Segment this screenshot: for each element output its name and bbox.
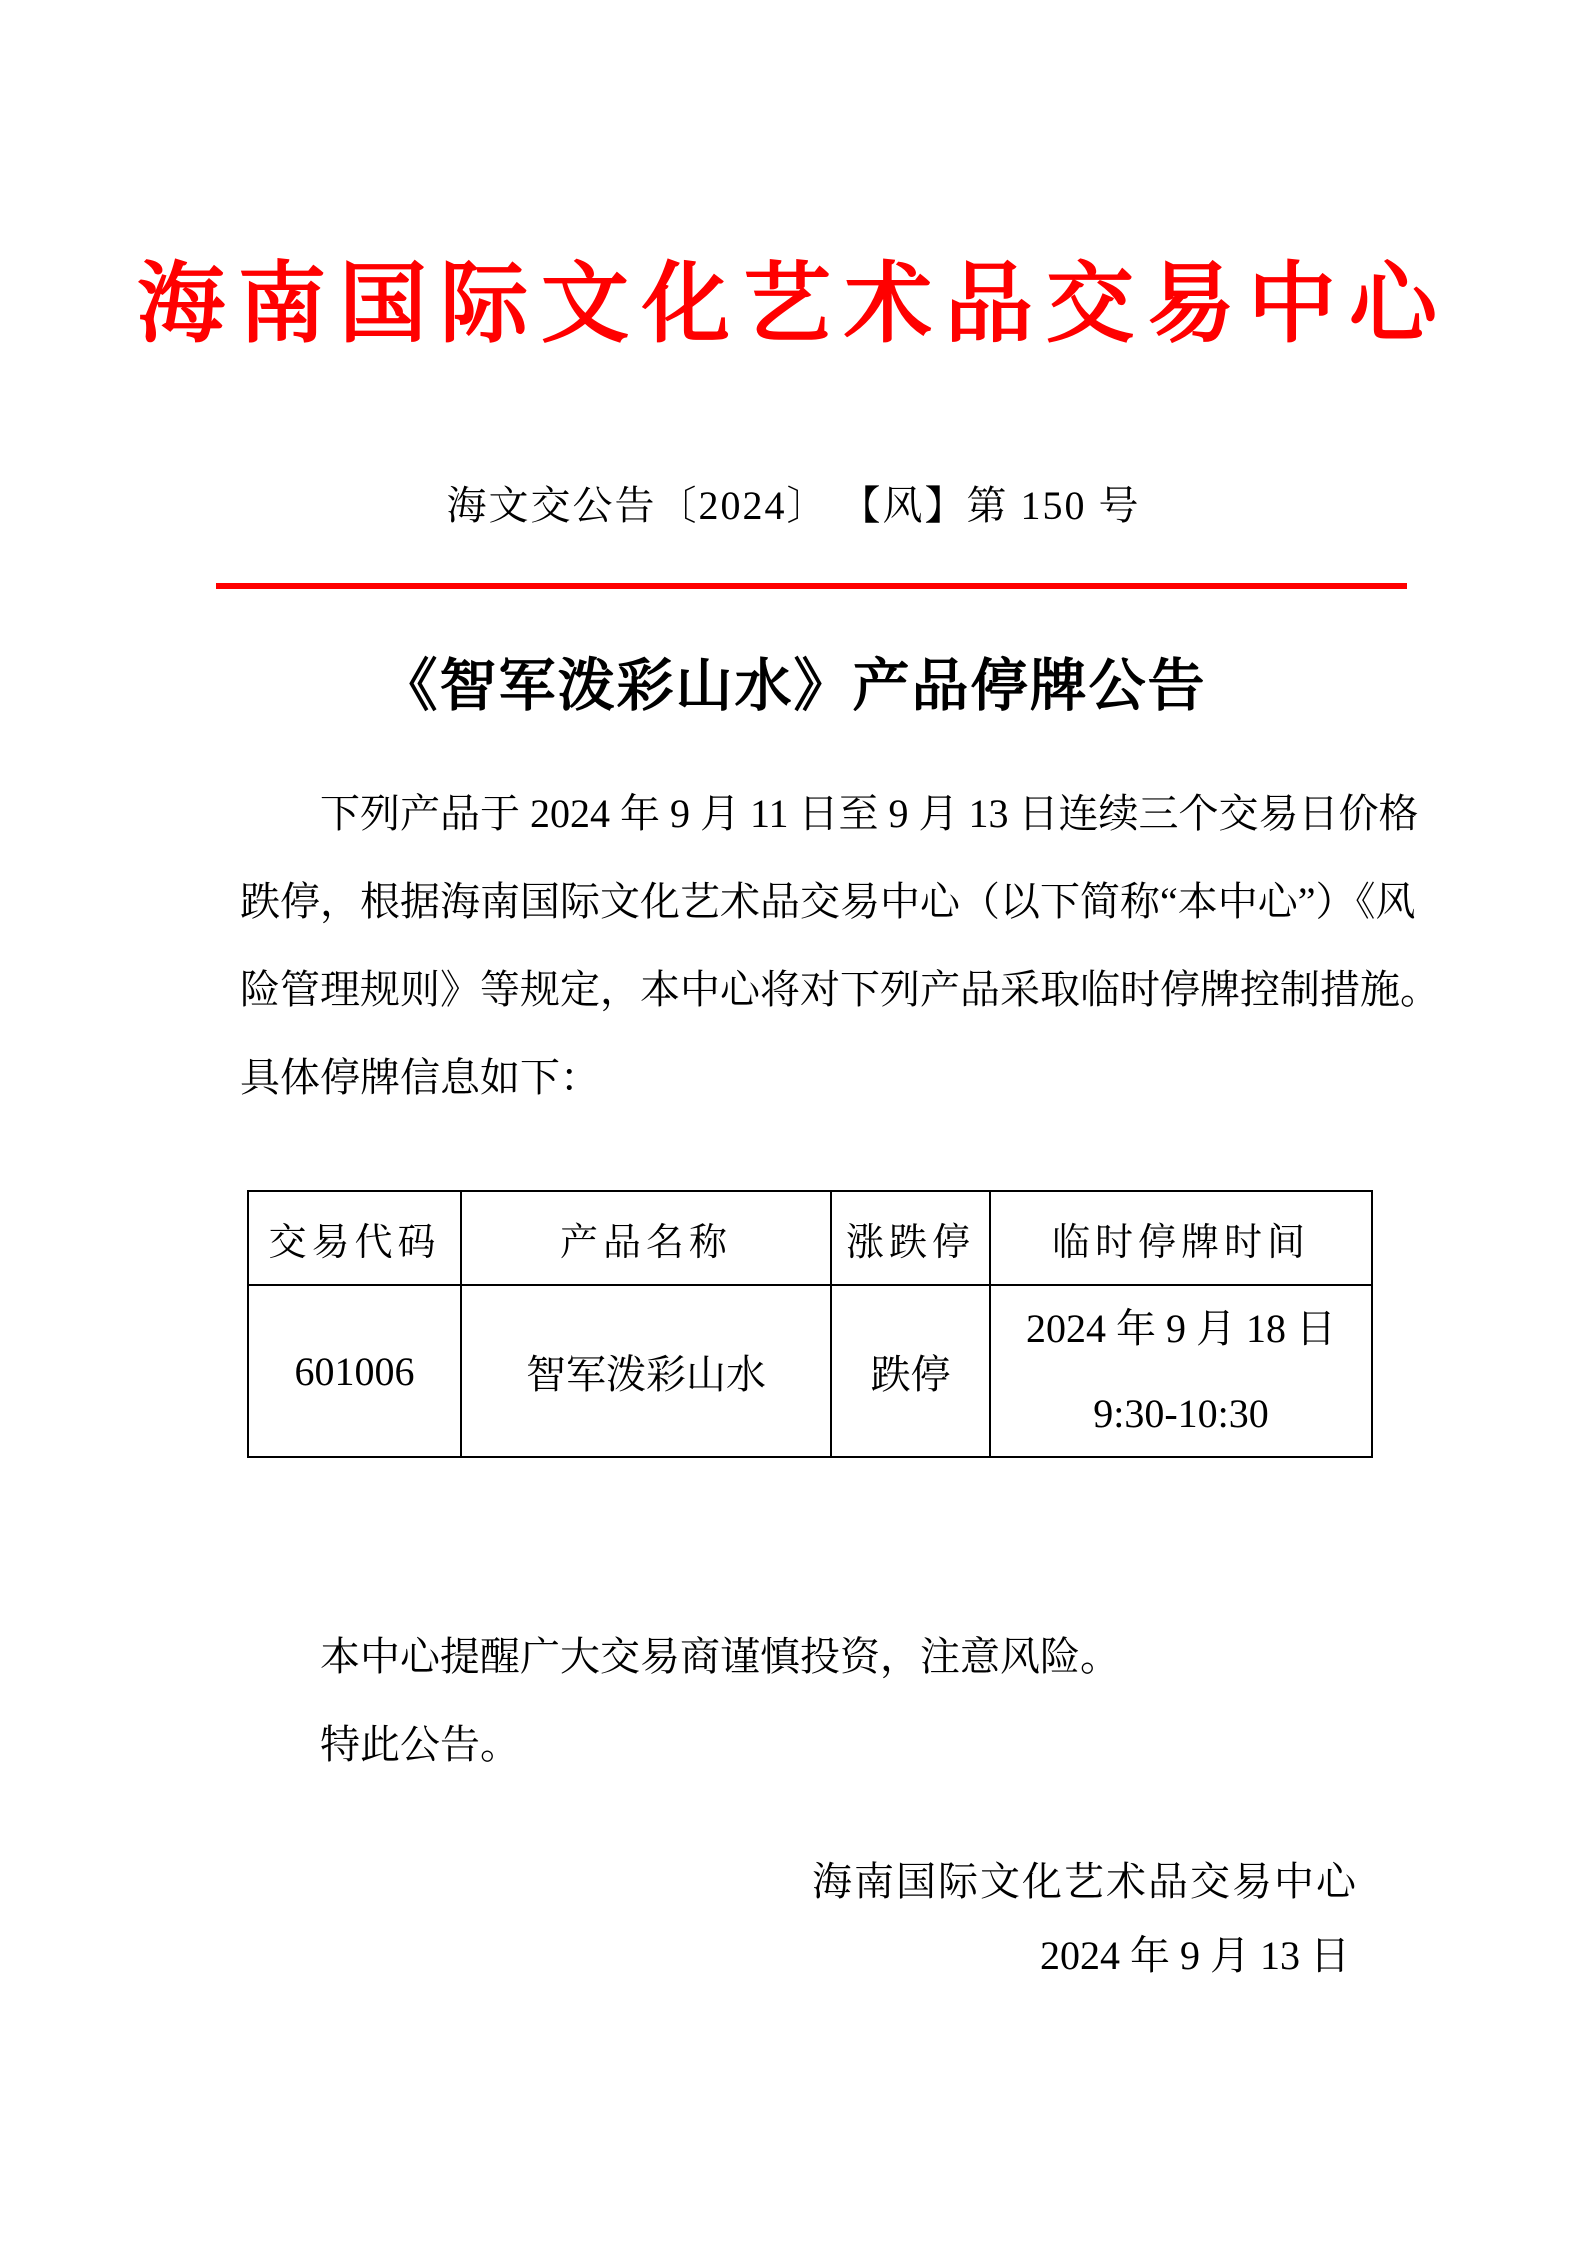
body-line-3: 险管理规则》等规定，本中心将对下列产品采取临时停牌控制措施。: [240, 946, 1370, 1034]
risk-reminder-line: 本中心提醒广大交易商谨慎投资，注意风险。: [320, 1636, 1120, 1678]
red-divider-rule: [216, 583, 1407, 589]
doc-number: 海文交公告〔2024〕 【风】第 150 号: [0, 474, 1587, 531]
suspension-table: 交易代码 产品名称 涨跌停 临时停牌时间 601006 智军泼彩山水 跌停 20…: [247, 1190, 1373, 1458]
cell-limit-type: 跌停: [831, 1285, 990, 1457]
signature-org-name: 海南国际文化艺术品交易中心: [812, 1850, 1358, 1907]
org-title: 海南国际文化艺术品交易中心: [0, 234, 1587, 360]
col-header-product-name: 产品名称: [461, 1191, 831, 1285]
col-header-trade-code: 交易代码: [248, 1191, 461, 1285]
table-header-row: 交易代码 产品名称 涨跌停 临时停牌时间: [248, 1191, 1372, 1285]
cell-suspension-time: 2024 年 9 月 18 日 9:30-10:30: [990, 1285, 1372, 1457]
announcement-title: 《智军泼彩山水》产品停牌公告: [0, 640, 1587, 722]
cell-product-name: 智军泼彩山水: [461, 1285, 831, 1457]
cell-trade-code: 601006: [248, 1285, 461, 1457]
col-header-limit-type: 涨跌停: [831, 1191, 990, 1285]
suspension-time-line: 9:30-10:30: [991, 1371, 1371, 1456]
table-row: 601006 智军泼彩山水 跌停 2024 年 9 月 18 日 9:30-10…: [248, 1285, 1372, 1457]
col-header-suspension-time: 临时停牌时间: [990, 1191, 1372, 1285]
announcement-body: 下列产品于 2024 年 9 月 11 日至 9 月 13 日连续三个交易日价格…: [240, 770, 1370, 1122]
closing-line: 特此公告。: [320, 1724, 520, 1766]
signature-date: 2024 年 9 月 13 日: [1040, 1924, 1350, 1981]
body-line-4: 具体停牌信息如下：: [240, 1034, 1370, 1122]
body-line-1: 下列产品于 2024 年 9 月 11 日至 9 月 13 日连续三个交易日价格: [240, 770, 1370, 858]
body-line-2: 跌停，根据海南国际文化艺术品交易中心（以下简称“本中心”）《风: [240, 858, 1370, 946]
announcement-document: 海南国际文化艺术品交易中心 海文交公告〔2024〕 【风】第 150 号 《智军…: [0, 0, 1587, 2245]
suspension-date-line: 2024 年 9 月 18 日: [991, 1286, 1371, 1371]
